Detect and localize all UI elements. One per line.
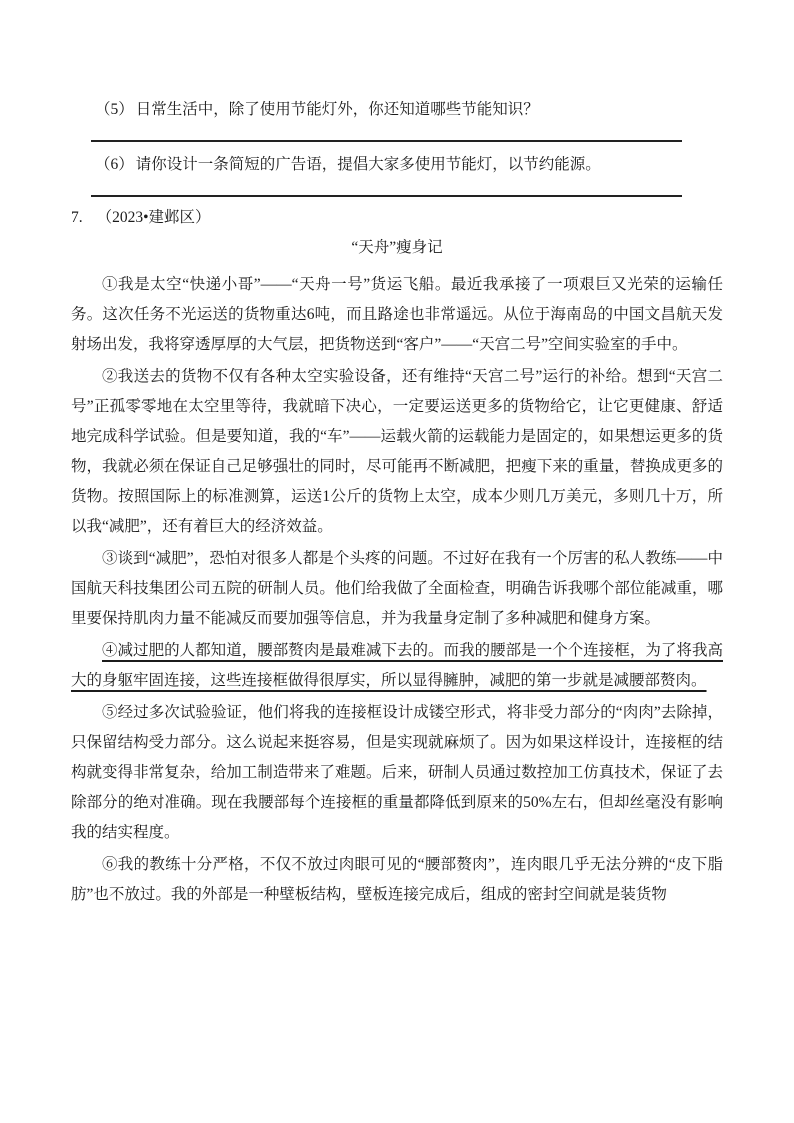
- article-paragraph-6: ⑥我的教练十分严格，不仅不放过肉眼可见的“腰部赘肉”，连肉眼几乎无法分辨的“皮下…: [71, 850, 723, 910]
- exercise-source: （2023•建邺区）: [97, 209, 211, 226]
- answer-blank-line-6[interactable]: [91, 195, 682, 197]
- question-5-number: （5）: [95, 101, 134, 118]
- question-5-text: 日常生活中，除了使用节能灯外，你还知道哪些节能知识？: [136, 101, 539, 118]
- exercise-7-heading: 7.（2023•建邺区）: [71, 203, 723, 233]
- question-6: （6）请你设计一条简短的广告语，提倡大家多使用节能灯，以节约能源。: [71, 150, 723, 180]
- document-content: （5）日常生活中，除了使用节能灯外，你还知道哪些节能知识？ （6）请你设计一条简…: [0, 0, 794, 910]
- document-page: （5）日常生活中，除了使用节能灯外，你还知道哪些节能知识？ （6）请你设计一条简…: [0, 0, 794, 1123]
- question-5: （5）日常生活中，除了使用节能灯外，你还知道哪些节能知识？: [71, 95, 723, 125]
- question-6-text: 请你设计一条简短的广告语，提倡大家多使用节能灯，以节约能源。: [136, 156, 601, 173]
- article-paragraph-2: ②我送去的货物不仅有各种太空实验设备，还有维持“天宫二号”运行的补给。想到“天宫…: [71, 362, 723, 542]
- article-paragraph-5: ⑤经过多次试验验证，他们将我的连接框设计成镂空形式，将非受力部分的“肉肉”去除掉…: [71, 698, 723, 848]
- question-6-number: （6）: [95, 156, 134, 173]
- article-paragraph-1: ①我是太空“快递小哥”——“天舟一号”货运飞船。最近我承接了一项艰巨又光荣的运输…: [71, 270, 723, 360]
- article-paragraph-4-underlined: ④减过肥的人都知道，腰部赘肉是最难减下去的。而我的腰部是一个个连接框，为了将我高…: [71, 636, 723, 696]
- article-paragraph-3: ③谈到“减肥”，恐怕对很多人都是个头疼的问题。不过好在我有一个厉害的私人教练——…: [71, 544, 723, 634]
- answer-blank-line-5[interactable]: [91, 140, 682, 142]
- article-title: “天舟”瘦身记: [71, 233, 723, 263]
- exercise-number: 7.: [71, 209, 83, 226]
